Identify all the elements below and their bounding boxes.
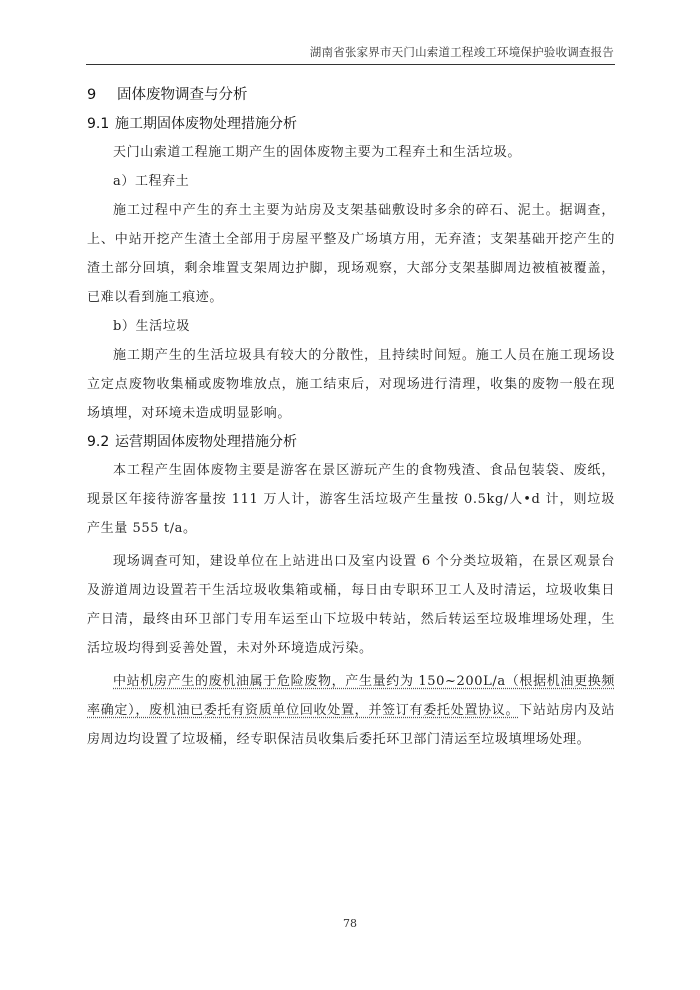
paragraph-domestic-waste: 施工期产生的生活垃圾具有较大的分散性，且持续时间短。施工人员在施工现场设立定点废… xyxy=(87,341,615,428)
paragraph-spoil: 施工过程中产生的弃土主要为站房及支架基础敷设时多余的碎石、泥土。据调查，上、中站… xyxy=(87,196,615,312)
section-title: 施工期固体废物处理措施分析 xyxy=(115,116,297,132)
section-title: 运营期固体废物处理措施分析 xyxy=(115,434,297,450)
page-content: 9固体废物调查与分析 9.1施工期固体废物处理措施分析 天门山索道工程施工期产生… xyxy=(87,80,615,754)
section-title: 固体废物调查与分析 xyxy=(117,87,248,103)
paragraph-construction-intro: 天门山索道工程施工期产生的固体废物主要为工程弃土和生活垃圾。 xyxy=(87,138,615,167)
section-9-1-heading: 9.1施工期固体废物处理措施分析 xyxy=(87,110,615,138)
document-page: 湖南省张家界市天门山索道工程竣工环境保护验收调查报告 9固体废物调查与分析 9.… xyxy=(0,0,700,990)
section-number: 9 xyxy=(87,80,117,110)
running-header: 湖南省张家界市天门山索道工程竣工环境保护验收调查报告 xyxy=(86,44,614,60)
header-rule xyxy=(86,64,615,65)
section-9-2-heading: 9.2运营期固体废物处理措施分析 xyxy=(87,428,615,456)
section-9-heading: 9固体废物调查与分析 xyxy=(87,80,615,110)
paragraph-waste-oil: 中站机房产生的废机油属于危险废物，产生量约为 150~200L/a（根据机油更换… xyxy=(87,667,615,754)
paragraph-operation-waste: 本工程产生固体废物主要是游客在景区游玩产生的食物残渣、食品包装袋、废纸，现景区年… xyxy=(87,456,615,543)
subheading-domestic-waste: b）生活垃圾 xyxy=(87,312,615,341)
section-number: 9.2 xyxy=(87,428,115,456)
subheading-spoil: a）工程弃土 xyxy=(87,167,615,196)
section-number: 9.1 xyxy=(87,110,115,138)
page-number: 78 xyxy=(0,917,700,930)
paragraph-site-survey: 现场调查可知，建设单位在上站进出口及室内设置 6 个分类垃圾箱，在景区观景台及游… xyxy=(87,547,615,663)
